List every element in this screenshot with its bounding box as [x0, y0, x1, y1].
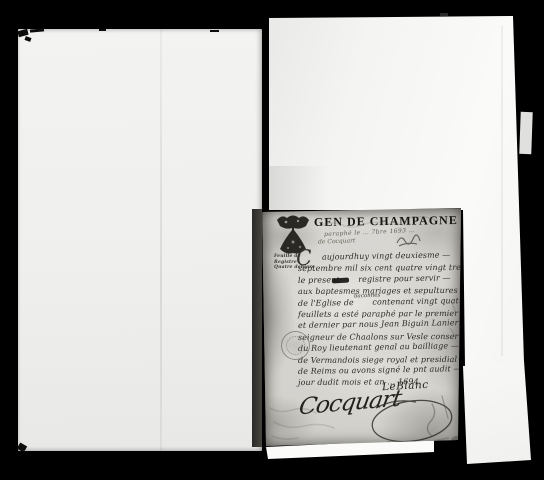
manuscript-line: le present registre pour servir —	[298, 273, 460, 287]
page-crease	[501, 26, 503, 356]
signature-secondary: LeBlanc	[382, 379, 429, 393]
manuscript-register-page: GEN DE CHAMPAGNE Feuille de Registre Qua…	[262, 208, 462, 447]
microfilm-scan-background: { "colors": { "background": "#000000", "…	[0, 0, 544, 480]
page-fold-line	[160, 29, 162, 451]
sheet-corner-behind-right	[519, 112, 532, 154]
manuscript-line: du Roy lieutenant genal au bailliage —	[298, 341, 460, 355]
archive-round-stamp-inner-ring	[284, 334, 307, 357]
paper-tear-speck	[440, 13, 448, 16]
interlinear-insertion: baconnes	[354, 293, 381, 300]
handwritten-annotation-2: de Cocquart	[318, 237, 356, 245]
paper-tear-speck	[99, 29, 106, 31]
manuscript-body-text: aujourdhuy vingt deuxiesme — septembre m…	[298, 253, 460, 390]
ink-blot-strikethrough	[332, 278, 349, 283]
paper-tear-speck	[210, 30, 219, 32]
paraph-flourish-icon	[396, 234, 422, 248]
left-blank-page	[18, 29, 262, 451]
manuscript-line: et dernier par nous Jean Biguin Lanier	[298, 319, 460, 333]
signature-flourish-icon	[366, 394, 458, 446]
page-gutter-shadow	[252, 209, 262, 447]
sheet-bottom-right	[461, 361, 531, 464]
